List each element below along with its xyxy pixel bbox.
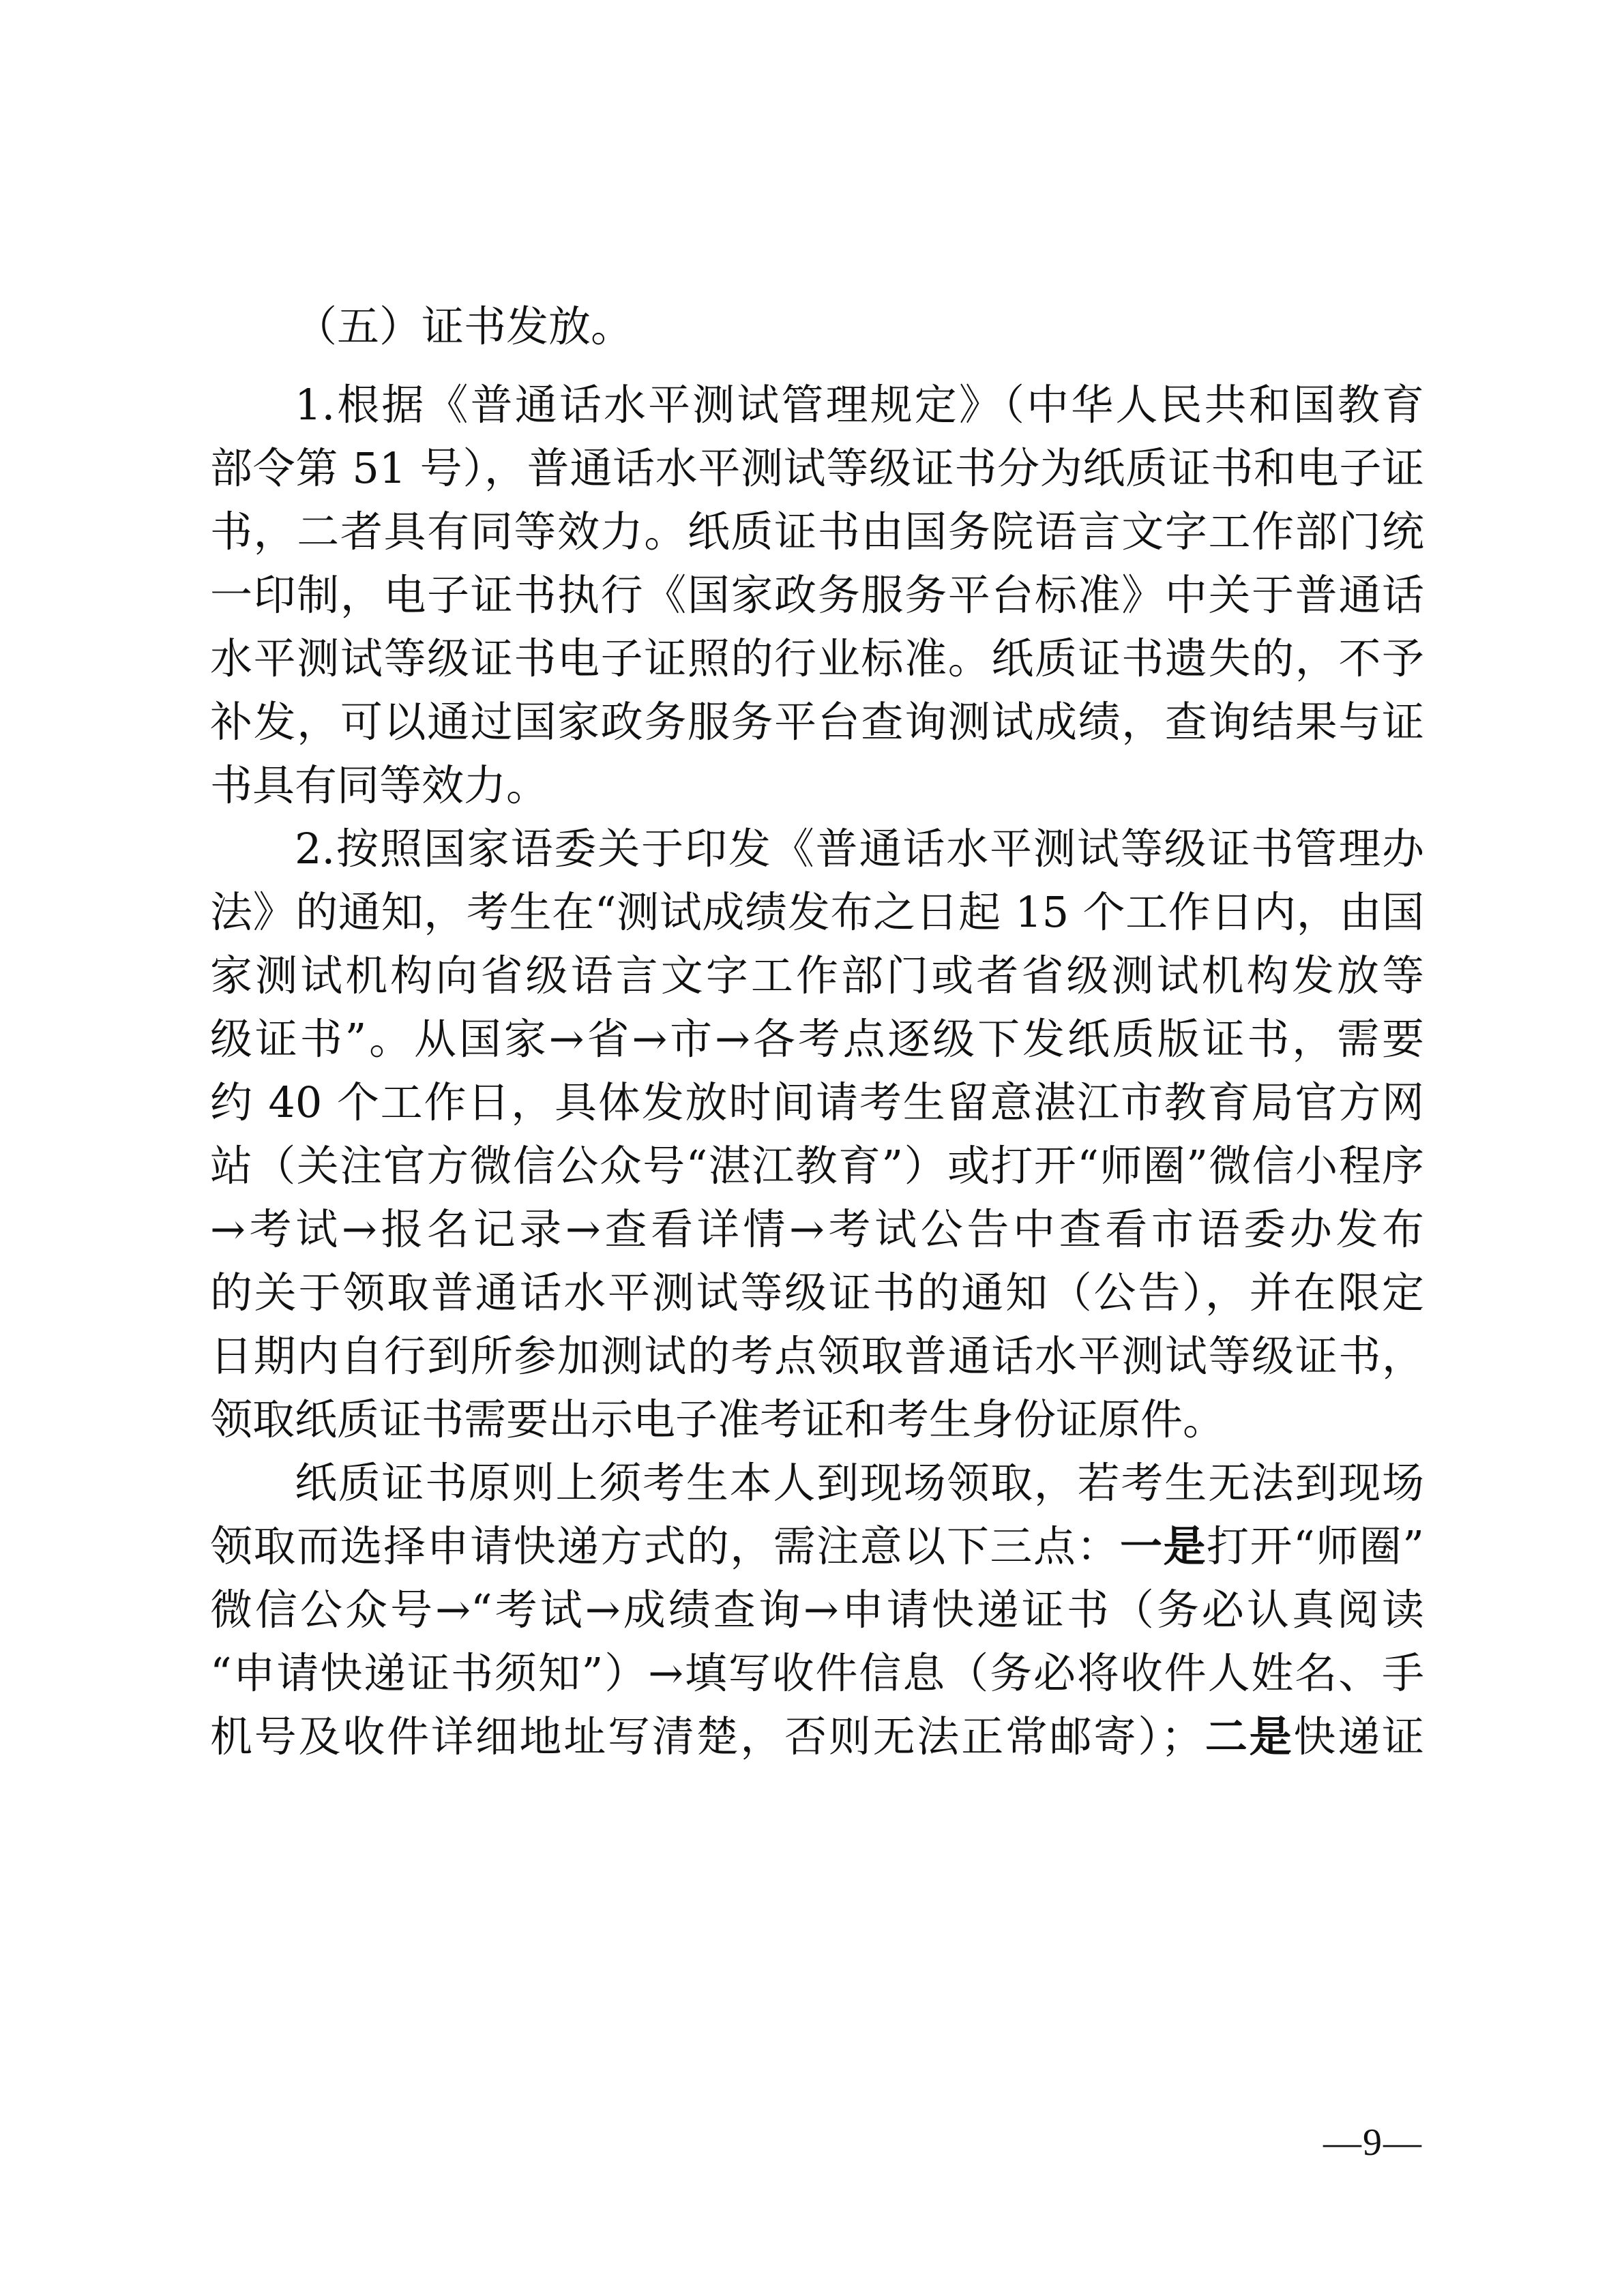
paragraph-line: 部令第 51 号），普通话水平测试等级证书分为纸质证书和电子证 [210, 436, 1424, 500]
paragraph-line: →考试→报名记录→查看详情→考试公告中查看市语委办发布 [210, 1197, 1424, 1261]
paragraph-line: 一印制，电子证书执行《国家政务服务平台标准》中关于普通话 [210, 563, 1424, 627]
section-heading: （五）证书发放。 [210, 295, 1424, 358]
paragraph-line: 2.按照国家语委关于印发《普通话水平测试等级证书管理办 [210, 817, 1424, 880]
paragraph-line: 领取而选择申请快递方式的，需注意以下三点：一是打开“师圈” [210, 1515, 1424, 1578]
paragraph-line: 水平测试等级证书电子证照的行业标准。纸质证书遗失的，不予 [210, 627, 1424, 690]
paragraph-line: “申请快递证书须知”）→填写收件信息（务必将收件人姓名、手 [210, 1641, 1424, 1705]
paragraph-1: 1.根据《普通话水平测试管理规定》（中华人民共和国教育 部令第 51 号），普通… [210, 373, 1424, 817]
paragraph-line: 的关于领取普通话水平测试等级证书的通知（公告），并在限定 [210, 1261, 1424, 1324]
paragraph-line: 领取纸质证书需要出示电子准考证和考生身份证原件。 [210, 1388, 1424, 1451]
emphasis-marker: 二是 [1203, 1712, 1293, 1761]
paragraph-2: 2.按照国家语委关于印发《普通话水平测试等级证书管理办 法》的通知，考生在“测试… [210, 817, 1424, 1451]
paragraph-line: 微信公众号→“考试→成绩查询→申请快递证书（务必认真阅读 [210, 1578, 1424, 1641]
paragraph-3: 纸质证书原则上须考生本人到现场领取，若考生无法到现场 领取而选择申请快递方式的，… [210, 1451, 1424, 1768]
paragraph-line: 书具有同等效力。 [210, 754, 1424, 817]
emphasis-marker: 一是 [1120, 1521, 1207, 1571]
paragraph-line: 家测试机构向省级语言文字工作部门或者省级测试机构发放等 [210, 944, 1424, 1007]
paragraph-line: 日期内自行到所参加测试的考点领取普通话水平测试等级证书， [210, 1324, 1424, 1388]
document-body: （五）证书发放。 1.根据《普通话水平测试管理规定》（中华人民共和国教育 部令第… [210, 295, 1424, 1768]
paragraph-line: 书，二者具有同等效力。纸质证书由国务院语言文字工作部门统 [210, 500, 1424, 563]
paragraph-line: 约 40 个工作日，具体发放时间请考生留意湛江市教育局官方网 [210, 1071, 1424, 1134]
paragraph-line: 机号及收件详细地址写清楚，否则无法正常邮寄）；二是快递证 [210, 1705, 1424, 1768]
document-page: （五）证书发放。 1.根据《普通话水平测试管理规定》（中华人民共和国教育 部令第… [0, 0, 1624, 2296]
paragraph-line: 站（关注官方微信公众号“湛江教育”）或打开“师圈”微信小程序 [210, 1134, 1424, 1197]
paragraph-line: 纸质证书原则上须考生本人到现场领取，若考生无法到现场 [210, 1451, 1424, 1515]
page-number: —9— [1323, 2121, 1423, 2164]
paragraph-line: 1.根据《普通话水平测试管理规定》（中华人民共和国教育 [210, 373, 1424, 436]
paragraph-line: 补发，可以通过国家政务服务平台查询测试成绩，查询结果与证 [210, 690, 1424, 754]
paragraph-line: 级证书”。从国家→省→市→各考点逐级下发纸质版证书，需要 [210, 1007, 1424, 1071]
paragraph-line: 法》的通知，考生在“测试成绩发布之日起 15 个工作日内，由国 [210, 880, 1424, 944]
